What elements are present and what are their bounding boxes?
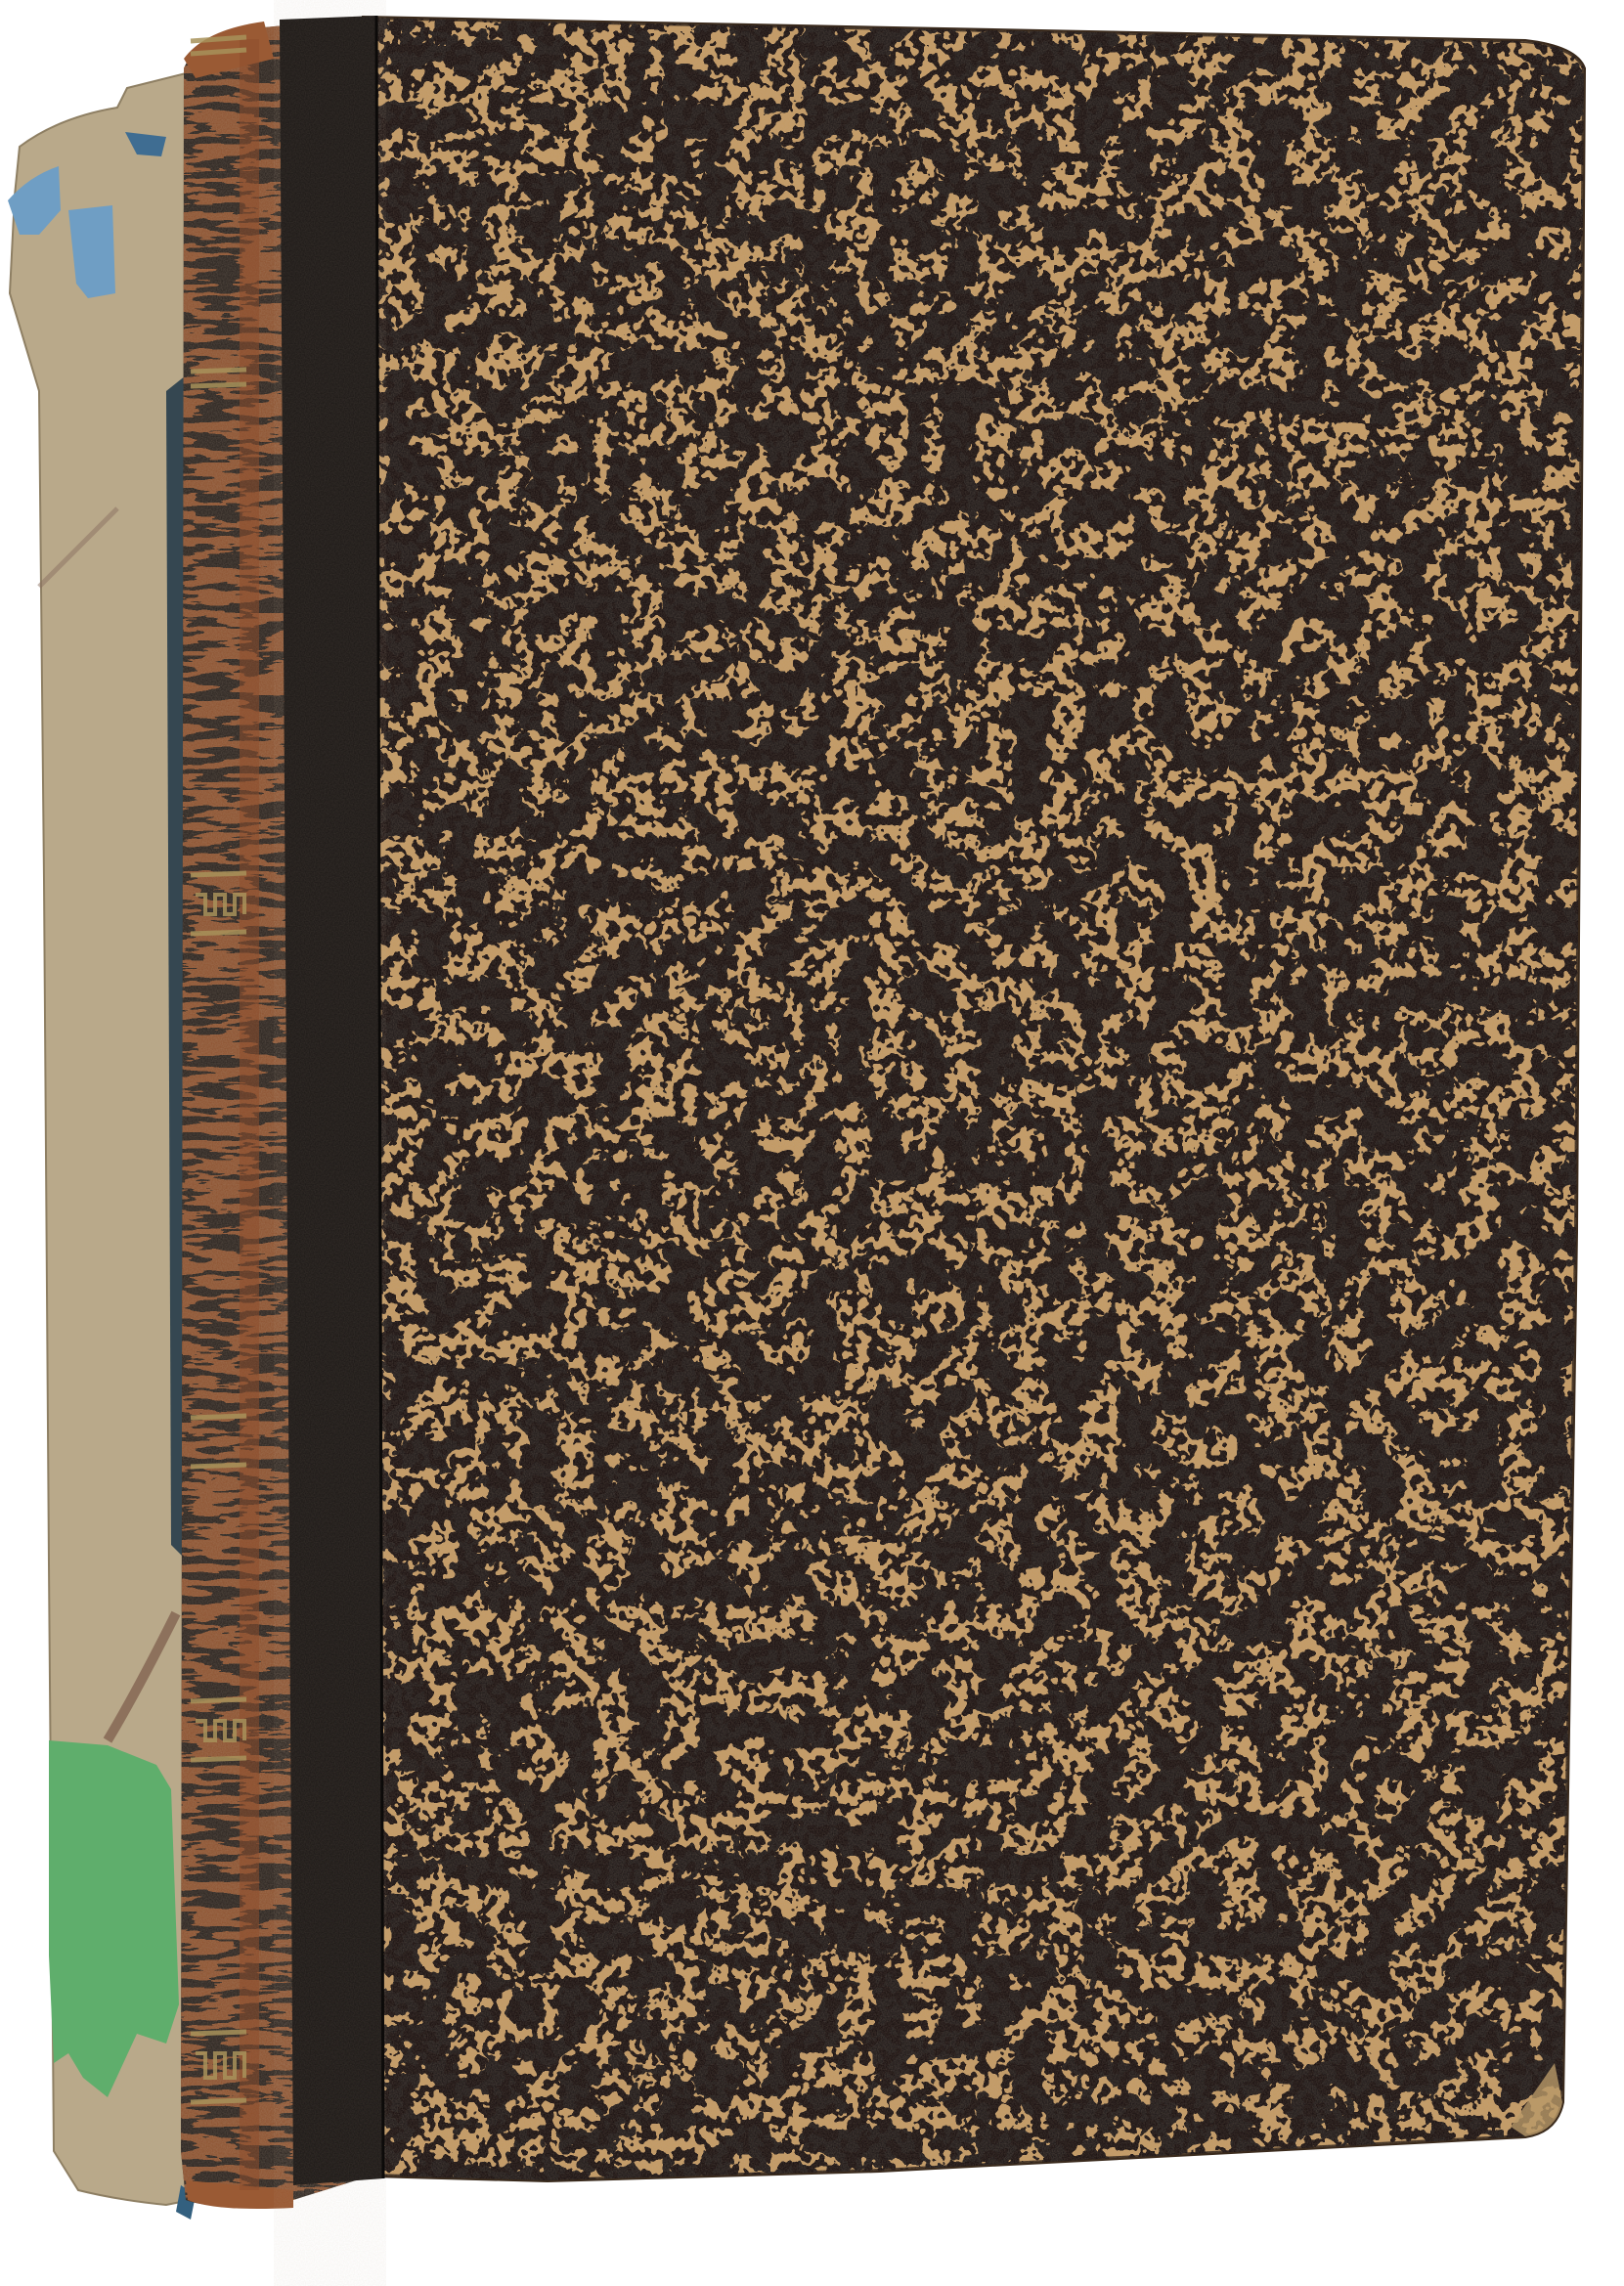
text-block: [0, 0, 196, 2286]
book-illustration: [0, 0, 1624, 2286]
book-photo: [0, 0, 1624, 2286]
front-cover: [352, 0, 1623, 2286]
leather-strip: [274, 0, 386, 2286]
